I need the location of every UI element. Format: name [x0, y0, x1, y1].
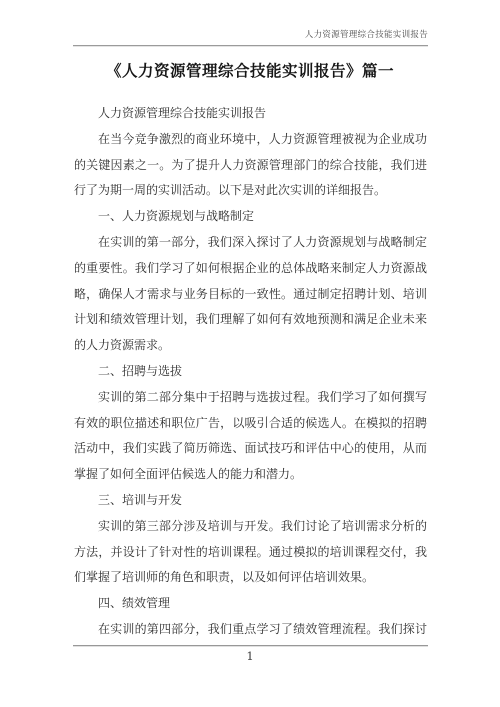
body-line: 方法，并设计了针对性的培训课程。通过模拟的培训课程交付，我 — [74, 540, 427, 566]
footer-rule — [73, 645, 428, 647]
document-title: 《人力资源管理综合技能实训报告》篇一 — [50, 59, 450, 83]
page-number: 1 — [0, 648, 500, 664]
body-line: 人力资源管理综合技能实训报告 — [74, 101, 427, 127]
body-line: 的关键因素之一。为了提升人力资源管理部门的综合技能，我们进 — [74, 153, 427, 179]
body-line: 的重要性。我们学习了如何根据企业的总体战略来制定人力资源战 — [74, 256, 427, 282]
body-line: 二、招聘与选拔 — [74, 359, 427, 385]
body-line: 计划和绩效管理计划，我们理解了如何有效地预测和满足企业未来 — [74, 307, 427, 333]
header-rule — [73, 45, 428, 47]
body-line: 在当今竞争激烈的商业环境中，人力资源管理被视为企业成功 — [74, 127, 427, 153]
body-line: 一、人力资源规划与战略制定 — [74, 204, 427, 230]
page-header-text: 人力资源管理综合技能实训报告 — [74, 29, 428, 41]
body-line: 行了为期一周的实训活动。以下是对此次实训的详细报告。 — [74, 178, 427, 204]
body-line: 有效的职位描述和职位广告，以吸引合适的候选人。在模拟的招聘 — [74, 411, 427, 437]
body-line: 在实训的第四部分，我们重点学习了绩效管理流程。我们探讨 — [74, 617, 427, 643]
body-line: 实训的第三部分涉及培训与开发。我们讨论了培训需求分析的 — [74, 514, 427, 540]
body-line: 在实训的第一部分，我们深入探讨了人力资源规划与战略制定 — [74, 230, 427, 256]
document-body: 人力资源管理综合技能实训报告在当今竞争激烈的商业环境中，人力资源管理被视为企业成… — [74, 101, 427, 643]
body-line: 实训的第二部分集中于招聘与选拔过程。我们学习了如何撰写 — [74, 385, 427, 411]
body-line: 们掌握了培训师的角色和职责，以及如何评估培训效果。 — [74, 565, 427, 591]
body-line: 三、培训与开发 — [74, 488, 427, 514]
body-line: 略，确保人才需求与业务目标的一致性。通过制定招聘计划、培训 — [74, 282, 427, 308]
body-line: 掌握了如何全面评估候选人的能力和潜力。 — [74, 462, 427, 488]
body-line: 四、绩效管理 — [74, 591, 427, 617]
body-line: 的人力资源需求。 — [74, 333, 427, 359]
document-page: 人力资源管理综合技能实训报告 《人力资源管理综合技能实训报告》篇一 人力资源管理… — [0, 0, 500, 707]
body-line: 活动中，我们实践了简历筛选、面试技巧和评估中心的使用，从而 — [74, 436, 427, 462]
